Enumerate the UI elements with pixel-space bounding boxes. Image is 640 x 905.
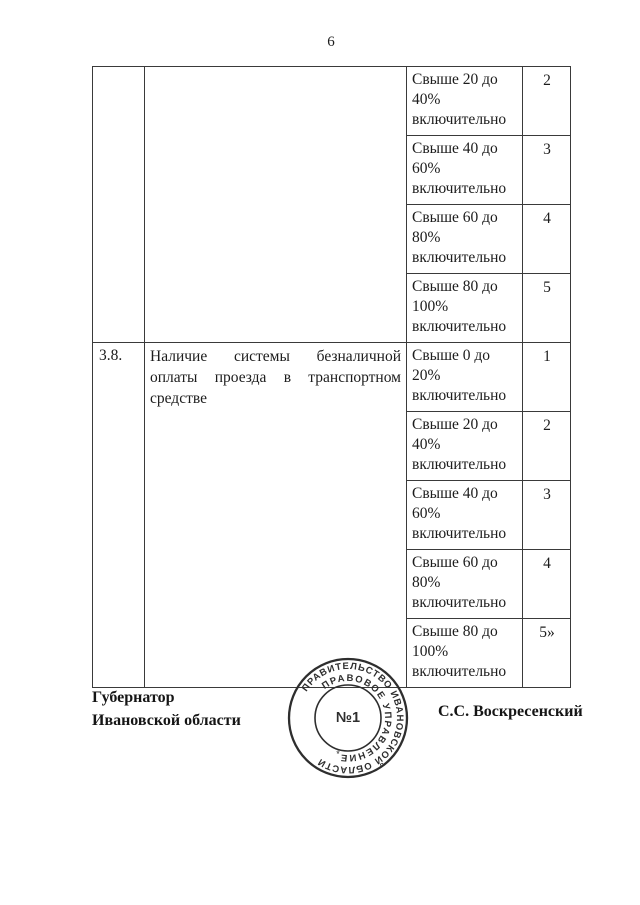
score-cell: 3 (523, 481, 571, 550)
score-cell: 5» (523, 619, 571, 688)
range-cell: Свыше 40 до 60% включительно (407, 136, 523, 205)
criteria-table: Свыше 20 до 40% включительно 2 Свыше 40 … (92, 66, 571, 688)
score-cell: 2 (523, 67, 571, 136)
criterion-description-cell (145, 67, 407, 343)
score-cell: 4 (523, 205, 571, 274)
range-cell: Свыше 80 до 100% включительно (407, 619, 523, 688)
table-row: 3.8. Наличие системы безналичной оплаты … (93, 343, 571, 412)
criterion-number-cell (93, 67, 145, 343)
range-cell: Свыше 60 до 80% включительно (407, 550, 523, 619)
range-cell: Свыше 0 до 20% включительно (407, 343, 523, 412)
table-row: Свыше 20 до 40% включительно 2 (93, 67, 571, 136)
range-cell: Свыше 60 до 80% включительно (407, 205, 523, 274)
criterion-number-cell: 3.8. (93, 343, 145, 688)
criterion-description-cell: Наличие системы безналичной оплаты проез… (145, 343, 407, 688)
range-cell: Свыше 80 до 100% включительно (407, 274, 523, 343)
official-stamp: ПРАВИТЕЛЬСТВО ИВАНОВСКОЙ ОБЛАСТИ ПРАВОВО… (273, 643, 423, 793)
score-cell: 2 (523, 412, 571, 481)
range-cell: Свыше 40 до 60% включительно (407, 481, 523, 550)
score-cell: 3 (523, 136, 571, 205)
range-cell: Свыше 20 до 40% включительно (407, 67, 523, 136)
signatory-title-line2: Ивановской области (92, 709, 241, 732)
stamp-number: №1 (336, 710, 360, 726)
page-number: 6 (92, 34, 570, 51)
score-cell: 4 (523, 550, 571, 619)
signatory-title-line1: Губернатор (92, 686, 241, 709)
range-cell: Свыше 20 до 40% включительно (407, 412, 523, 481)
score-cell: 5 (523, 274, 571, 343)
signatory-name: С.С. Воскресенский (438, 703, 583, 721)
stamp-star-separator: * (336, 749, 340, 759)
score-cell: 1 (523, 343, 571, 412)
signatory-title: Губернатор Ивановской области (92, 686, 241, 732)
